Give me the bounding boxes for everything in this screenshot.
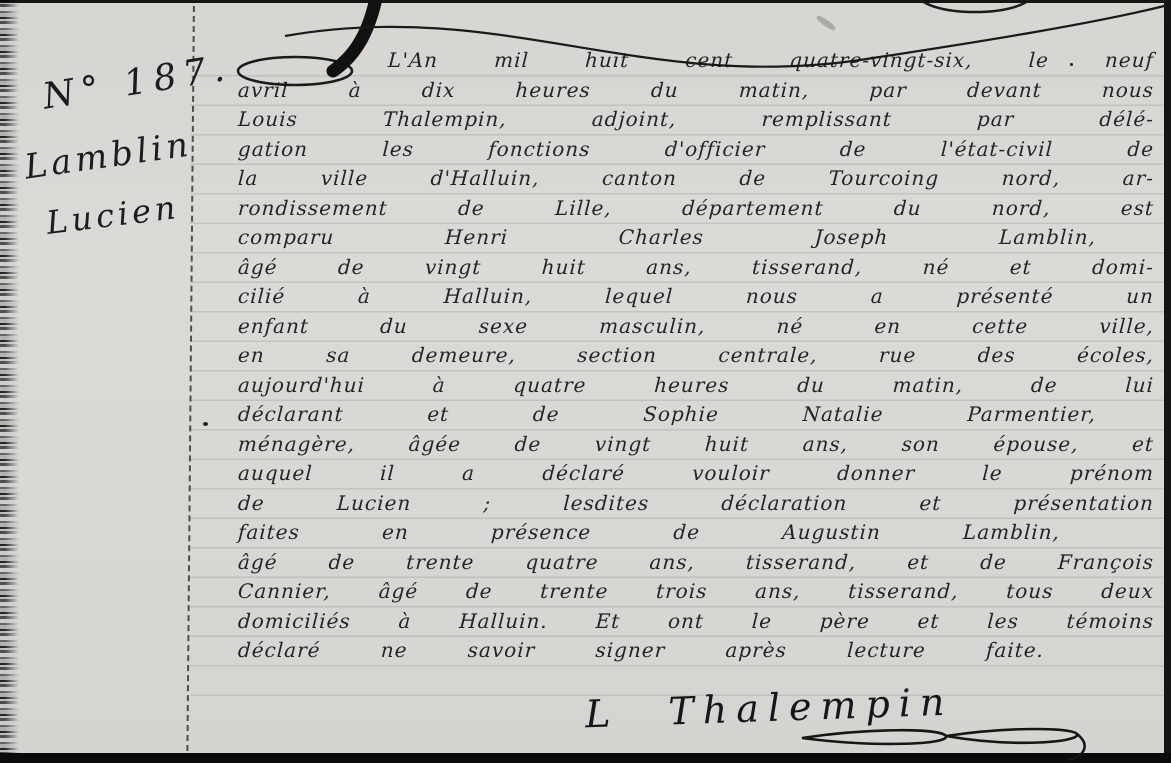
scan-edge-top	[0, 0, 1171, 3]
ink-smudge	[815, 14, 836, 32]
act-line: faites en présence de Augustin Lamblin,	[237, 518, 1061, 548]
act-line: Cannier, âgé de trente trois ans, tisser…	[237, 577, 1155, 607]
act-line: ménagère, âgée de vingt huit ans, son ép…	[237, 430, 1155, 460]
scan-edge-left-noise	[0, 0, 20, 763]
margin-surname: Lamblin	[22, 124, 194, 187]
act-line: cilié à Halluin, lequel nous a présenté …	[237, 282, 1155, 312]
scan-edge-right	[1164, 0, 1171, 763]
act-line: rondissement de Lille, département du no…	[237, 194, 1155, 224]
scan-page: N° 187. Lamblin Lucien L'An mil huit cen…	[0, 0, 1171, 763]
scan-edge-bottom	[0, 753, 1171, 763]
act-line: gation les fonctions d'officier de l'éta…	[237, 135, 1155, 165]
act-line: déclarant et de Sophie Natalie Parmentie…	[237, 400, 1097, 430]
act-line: la ville d'Halluin, canton de Tourcoing …	[237, 164, 1155, 194]
act-line: domiciliés à Halluin. Et ont le père et …	[237, 607, 1155, 637]
ink-speck	[203, 422, 208, 426]
act-line: avril à dix heures du matin, par devant …	[237, 76, 1155, 106]
act-line: auquel il a déclaré vouloir donner le pr…	[237, 459, 1155, 489]
act-line: L'An mil huit cent quatre-vingt-six, le …	[237, 46, 1155, 76]
act-line: Louis Thalempin, adjoint, remplissant pa…	[237, 105, 1155, 135]
act-line: aujourd'hui à quatre heures du matin, de…	[237, 371, 1155, 401]
act-line: en sa demeure, section centrale, rue des…	[237, 341, 1155, 371]
margin-given-name: Lucien	[44, 188, 181, 242]
act-text: L'An mil huit cent quatre-vingt-six, le …	[238, 46, 1154, 666]
act-line: enfant du sexe masculin, né en cette vil…	[237, 312, 1155, 342]
act-line: âgé de vingt huit ans, tisserand, né et …	[237, 253, 1155, 283]
act-line: de Lucien ; lesdites déclaration et prés…	[237, 489, 1155, 519]
act-line: déclaré ne savoir signer après lecture f…	[237, 636, 1045, 666]
act-line: comparu Henri Charles Joseph Lamblin,	[237, 223, 1097, 253]
act-line: âgé de trente quatre ans, tisserand, et …	[237, 548, 1155, 578]
